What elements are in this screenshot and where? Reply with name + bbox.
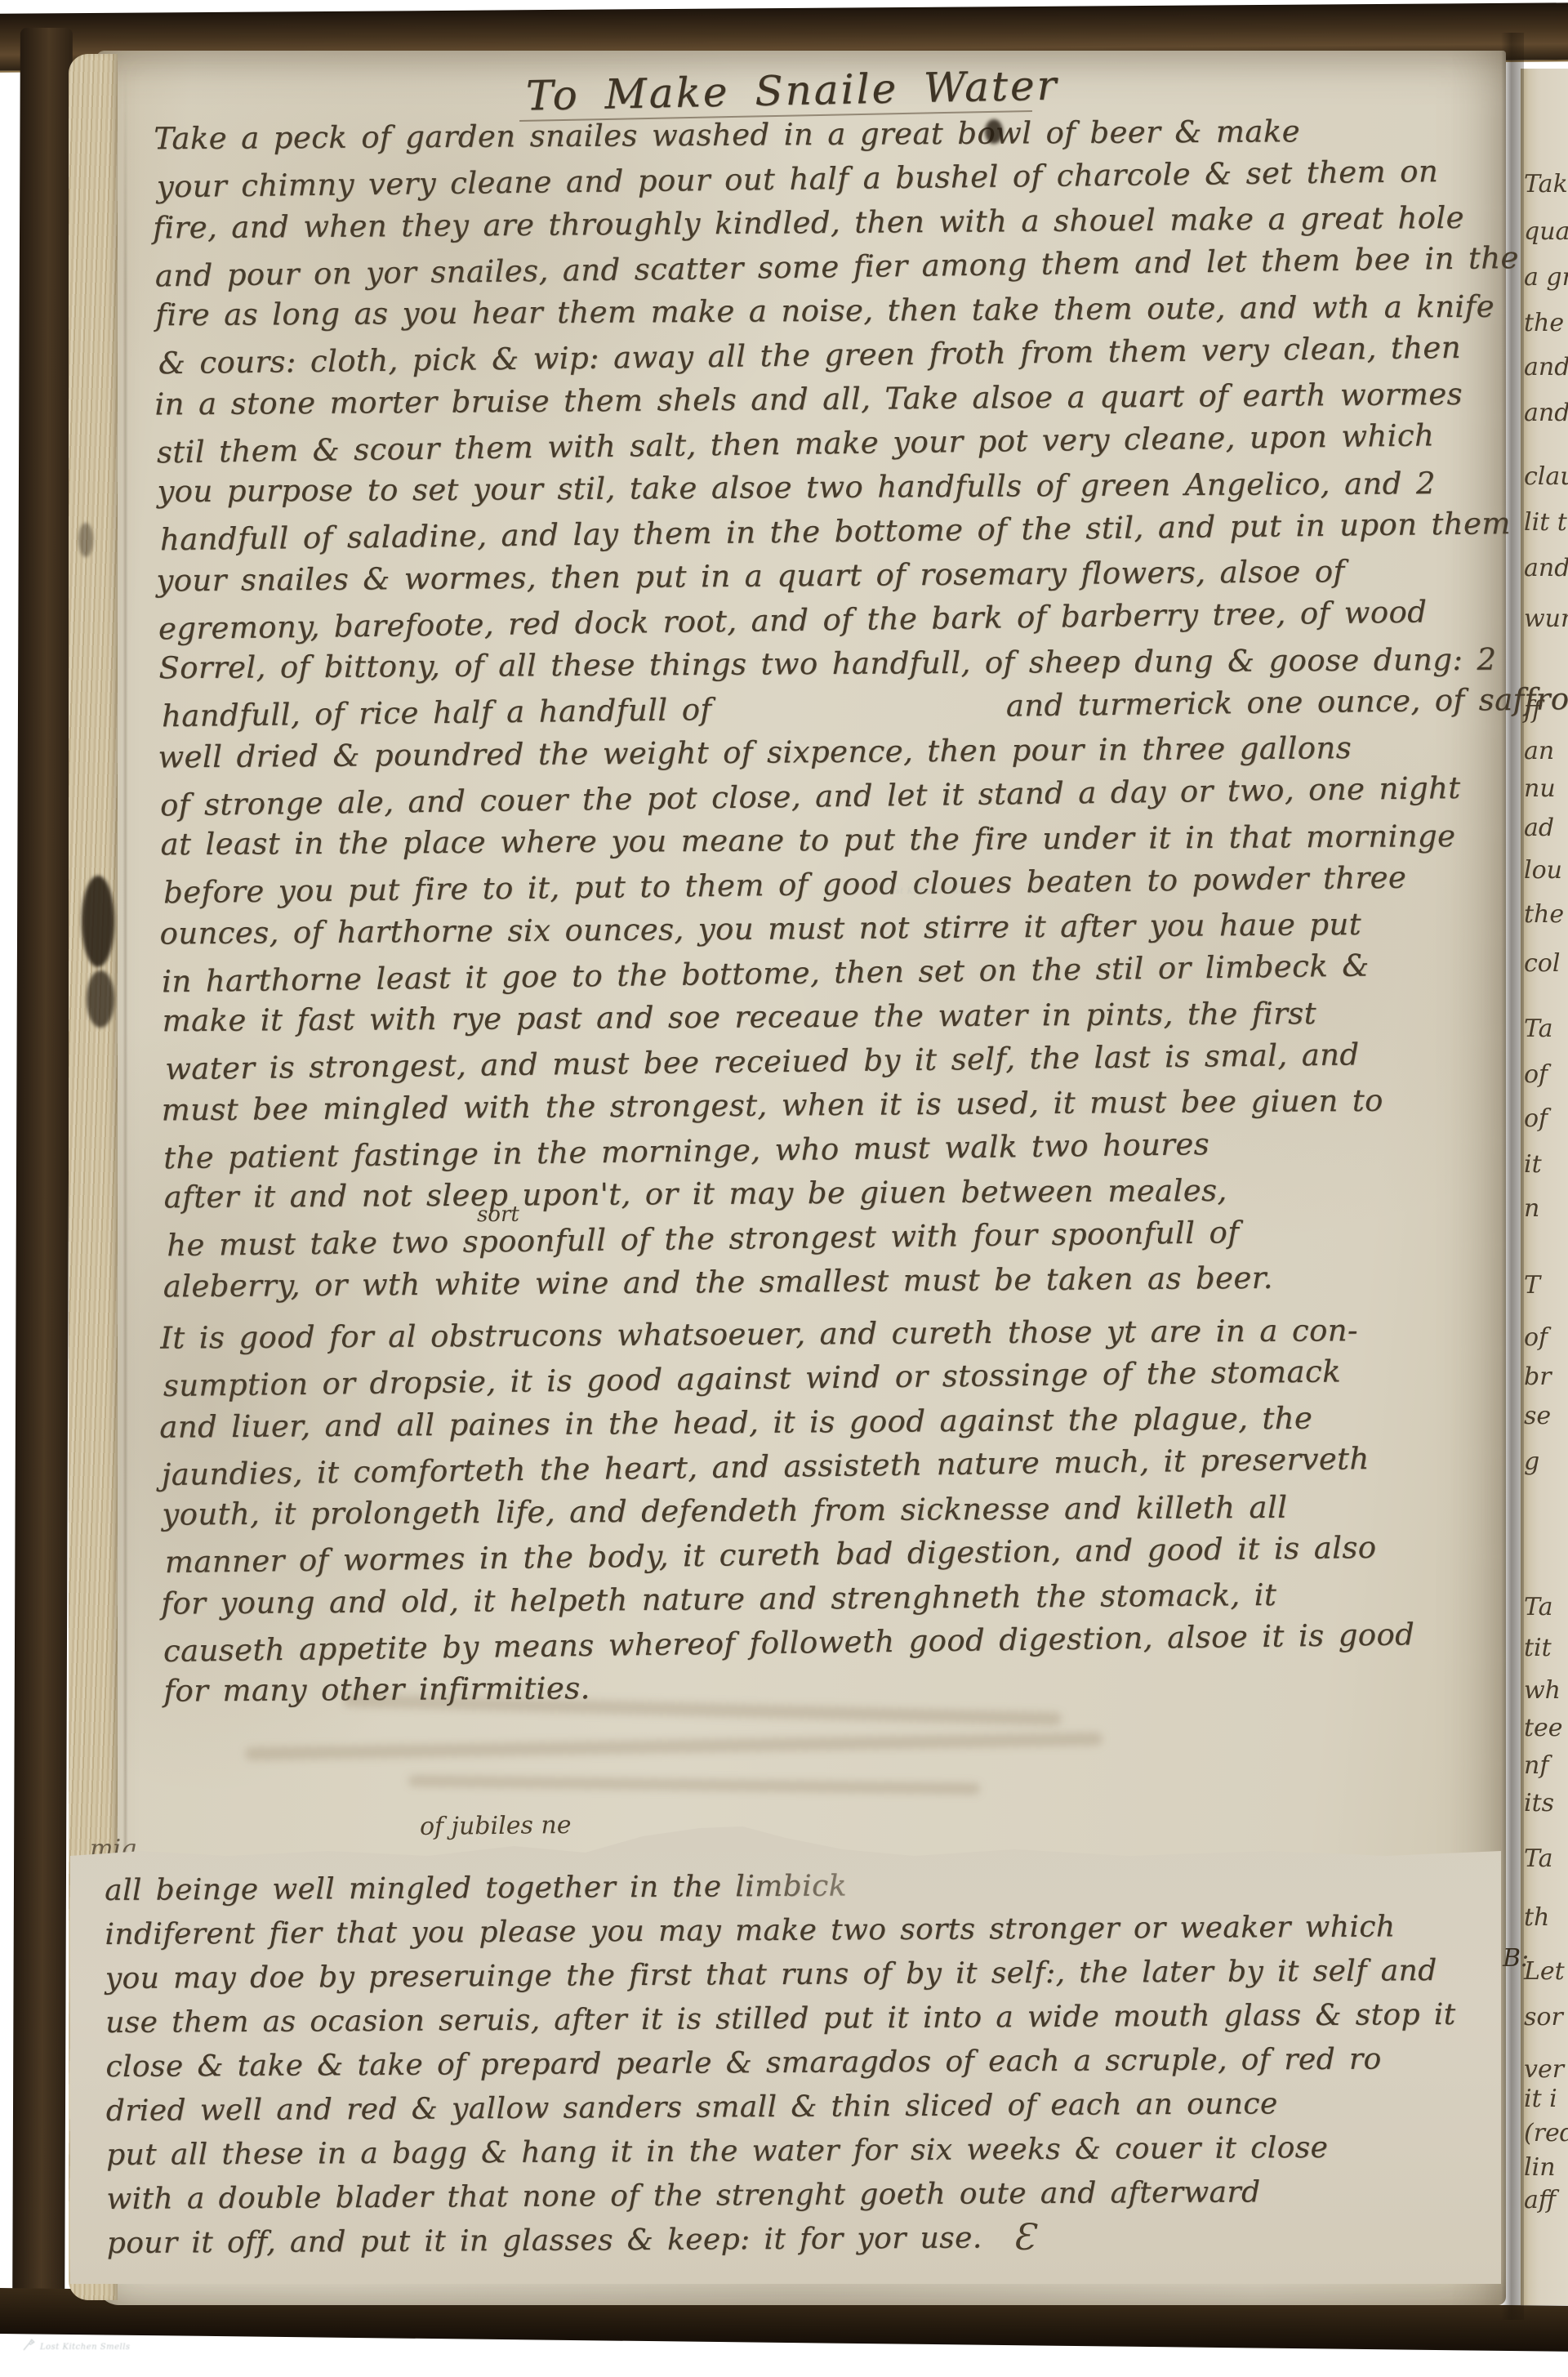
facing-page-fragment: se bbox=[1524, 1402, 1551, 1430]
facing-page-fragment: th bbox=[1524, 1903, 1549, 1932]
facing-page-fragment: (red bbox=[1524, 2119, 1568, 2147]
pasted-slip: all beinge well mingled together in the … bbox=[70, 1826, 1501, 2284]
facing-page-fragment: br bbox=[1524, 1362, 1552, 1391]
manuscript-line: for many other infirmities. bbox=[163, 1661, 1415, 1714]
facing-page-fragment: it i bbox=[1524, 2085, 1557, 2113]
manuscript-line: with a double blader that none of the st… bbox=[106, 2170, 1457, 2222]
recipe-paragraph: Take a peck of garden snailes washed in … bbox=[154, 105, 1568, 1310]
facing-page-fragment: ver bbox=[1524, 2055, 1564, 2084]
end-flourish: Ɛ bbox=[1013, 2217, 1035, 2259]
facing-page-fragment: Let bbox=[1524, 1957, 1565, 1986]
manuscript-line: you may doe by preseruinge the first tha… bbox=[105, 1949, 1456, 2001]
virtues-paragraph: It is good for al obstrucons whatsoeuer,… bbox=[160, 1306, 1415, 1715]
manuscript-line: pour it off, and put it in glasses & kee… bbox=[107, 2214, 1458, 2266]
watermark: Lost Kitchen Smells bbox=[866, 882, 975, 901]
ink-blot bbox=[87, 970, 114, 1028]
ink-blot bbox=[78, 523, 93, 557]
watermark-text: Lost Kitchen Smells bbox=[40, 2343, 131, 2352]
manuscript-line: dried well and red & yallow sanders smal… bbox=[106, 2081, 1457, 2134]
spatula-icon bbox=[21, 2338, 36, 2357]
manuscript-line: indiferent fier that you please you may … bbox=[105, 1905, 1455, 1957]
watermark-text: Lost Kitchen Smells bbox=[884, 887, 975, 896]
facing-page-fragment: tit bbox=[1524, 1634, 1552, 1662]
ink-blot bbox=[82, 876, 114, 967]
spatula-icon bbox=[866, 882, 880, 901]
facing-page-fragment: tee bbox=[1524, 1714, 1563, 1742]
manuscript-line: use them as ocasion seruis, after it is … bbox=[105, 1993, 1456, 2045]
facing-page-fragment: lin bbox=[1524, 2153, 1556, 2182]
facing-page-fragment: Ta bbox=[1524, 1593, 1553, 1621]
facing-page-fragment: its bbox=[1524, 1789, 1554, 1817]
facing-page-fragment: wh bbox=[1524, 1676, 1561, 1705]
book-cover-left-edge bbox=[12, 28, 73, 2320]
facing-page-fragment: aff bbox=[1524, 2186, 1556, 2214]
facing-page-fragment: sor bbox=[1524, 2003, 1563, 2031]
ink-blot bbox=[985, 119, 1003, 144]
manuscript-photo: Takequana grethe toand fandclaulit thand… bbox=[0, 0, 1568, 2377]
facing-page-fragment: nf bbox=[1524, 1751, 1548, 1780]
facing-page-fragment: g bbox=[1524, 1447, 1539, 1476]
manuscript-line: all beinge well mingled together in the … bbox=[105, 1861, 1455, 1913]
slip-paragraph: all beinge well mingled together in the … bbox=[105, 1861, 1457, 2266]
manuscript-line: close & take & take of prepard pearle & … bbox=[105, 2037, 1456, 2089]
facing-page-fragment: Ta bbox=[1524, 1844, 1553, 1873]
interlinear-insertion: sort bbox=[477, 1202, 519, 1227]
manuscript-line: put all these in a bagg & hang it in the… bbox=[106, 2125, 1457, 2178]
facing-page-fragment: of bbox=[1524, 1323, 1548, 1352]
watermark: Lost Kitchen Smells bbox=[21, 2338, 131, 2357]
slip-heading-fragment: of jubiles ne bbox=[420, 1811, 572, 1841]
